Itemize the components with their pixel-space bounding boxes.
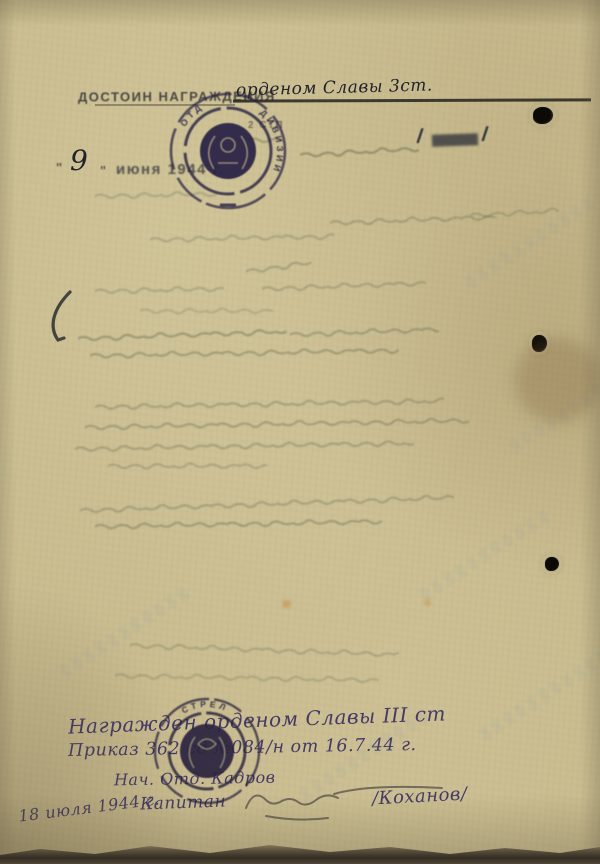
bottom-round-stamp: СТРЕЛ	[148, 692, 266, 810]
top-round-stamp: ОТД ДИВИЗИИ	[162, 85, 294, 217]
soviet-emblem-icon	[180, 724, 234, 778]
pen-stroke-mark	[42, 288, 82, 346]
rust-spot	[282, 600, 291, 608]
date-day-handwritten: 9	[70, 144, 88, 177]
document-scan: ДОСТОИН НАГРАЖДЕНИЯ орденом Славы 3ст. 2…	[0, 0, 600, 864]
brown-stain	[515, 338, 600, 423]
countersignature-smudge	[432, 133, 478, 147]
rust-spot	[424, 599, 431, 606]
signature-scribble	[238, 772, 453, 824]
date-close-quote: "	[100, 163, 108, 178]
date-open-quote: "	[56, 160, 64, 175]
